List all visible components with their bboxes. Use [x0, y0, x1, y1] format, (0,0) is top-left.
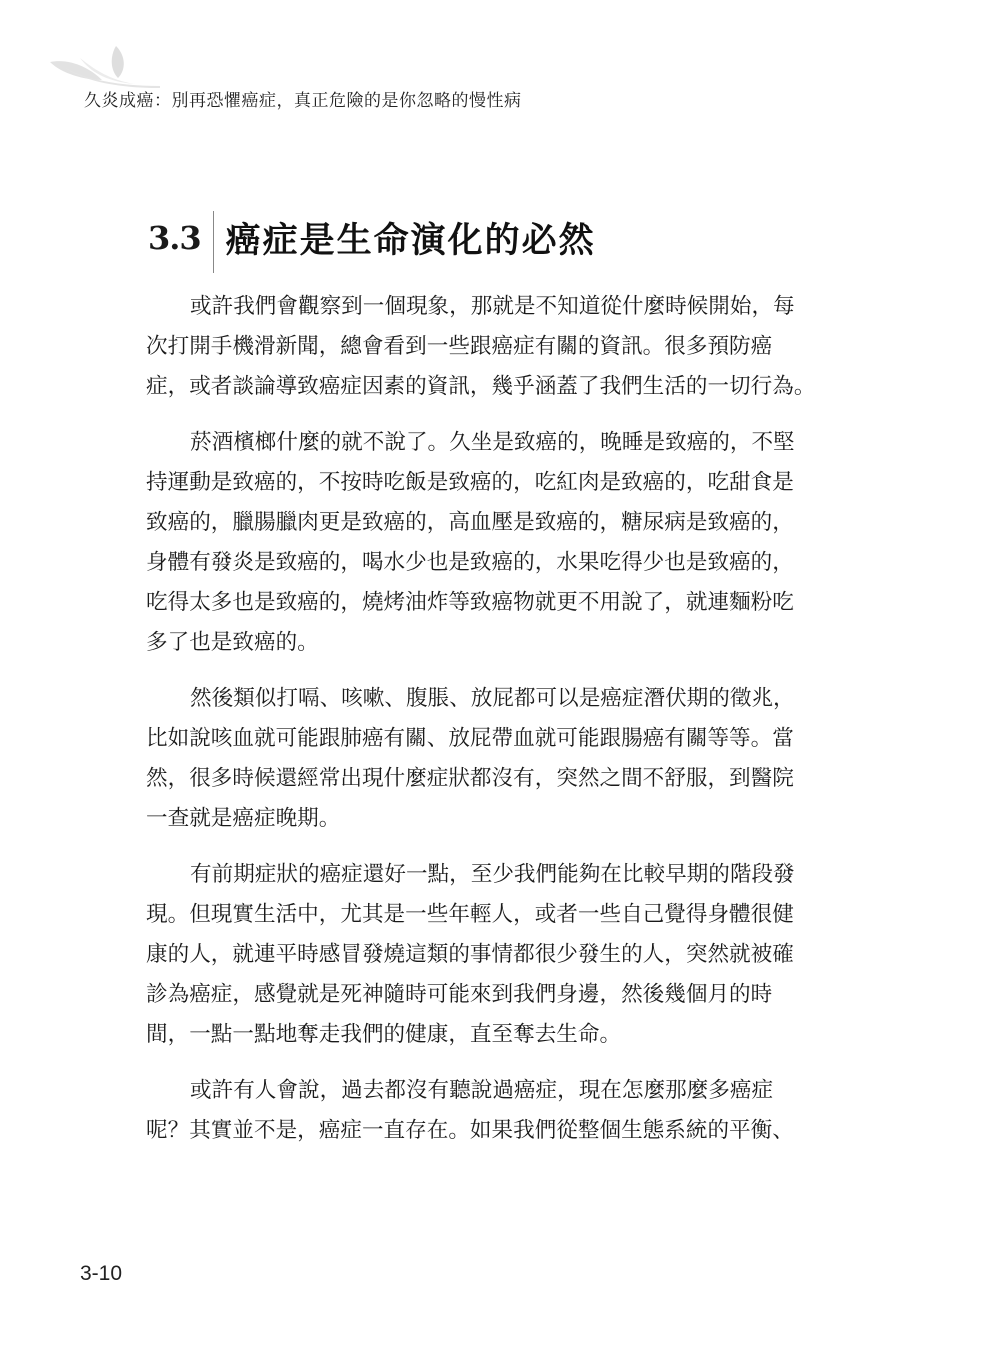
paragraph-4: 有前期症狀的癌症還好一點，至少我們能夠在比較早期的階段發 現。但現實生活中，尤其…: [146, 855, 846, 1055]
section-heading: 3.3 癌症是生命演化的必然: [148, 208, 596, 268]
text-line: 然後類似打嗝、咳嗽、腹脹、放屁都可以是癌症潛伏期的徵兆，: [146, 679, 846, 719]
text-line: 身體有發炎是致癌的，喝水少也是致癌的，水果吃得少也是致癌的，: [146, 543, 846, 583]
text-line: 或許有人會說，過去都沒有聽說過癌症，現在怎麼那麼多癌症: [146, 1071, 846, 1111]
paragraph-5: 或許有人會說，過去都沒有聽說過癌症，現在怎麼那麼多癌症 呢？其實並不是，癌症一直…: [146, 1071, 846, 1151]
text-line: 吃得太多也是致癌的，燒烤油炸等致癌物就更不用說了，就連麵粉吃: [146, 583, 846, 623]
running-header-book-title: 久炎成癌：別再恐懼癌症，真正危險的是你忽略的慢性病: [84, 86, 522, 111]
paragraph-1: 或許我們會觀察到一個現象，那就是不知道從什麼時候開始，每 次打開手機滑新聞，總會…: [146, 287, 846, 407]
paragraph-2: 菸酒檳榔什麼的就不說了。久坐是致癌的，晚睡是致癌的，不堅 持運動是致癌的，不按時…: [146, 423, 846, 663]
text-line: 康的人，就連平時感冒發燒這類的事情都很少發生的人，突然就被確: [146, 935, 846, 975]
text-line: 致癌的，臘腸臘肉更是致癌的，高血壓是致癌的，糖尿病是致癌的，: [146, 503, 846, 543]
text-line: 然，很多時候還經常出現什麼症狀都沒有，突然之間不舒服，到醫院: [146, 759, 846, 799]
text-line: 現。但現實生活中，尤其是一些年輕人，或者一些自己覺得身體很健: [146, 895, 846, 935]
text-line: 或許我們會觀察到一個現象，那就是不知道從什麼時候開始，每: [146, 287, 846, 327]
title-divider: [213, 211, 214, 273]
text-line: 呢？其實並不是，癌症一直存在。如果我們從整個生態系統的平衡、: [146, 1111, 846, 1151]
text-line: 次打開手機滑新聞，總會看到一些跟癌症有關的資訊。很多預防癌: [146, 327, 846, 367]
text-line: 間，一點一點地奪走我們的健康，直至奪去生命。: [146, 1015, 846, 1055]
page-number: 3-10: [80, 1262, 122, 1286]
text-line: 菸酒檳榔什麼的就不說了。久坐是致癌的，晚睡是致癌的，不堅: [146, 423, 846, 463]
section-number: 3.3: [148, 219, 201, 257]
paragraph-3: 然後類似打嗝、咳嗽、腹脹、放屁都可以是癌症潛伏期的徵兆， 比如說咳血就可能跟肺癌…: [146, 679, 846, 839]
text-line: 有前期症狀的癌症還好一點，至少我們能夠在比較早期的階段發: [146, 855, 846, 895]
text-line: 多了也是致癌的。: [146, 623, 846, 663]
text-line: 症，或者談論導致癌症因素的資訊，幾乎涵蓋了我們生活的一切行為。: [146, 367, 846, 407]
body-text: 或許我們會觀察到一個現象，那就是不知道從什麼時候開始，每 次打開手機滑新聞，總會…: [146, 287, 846, 1167]
text-line: 一查就是癌症晚期。: [146, 799, 846, 839]
text-line: 比如說咳血就可能跟肺癌有關、放屁帶血就可能跟腸癌有關等等。當: [146, 719, 846, 759]
text-line: 持運動是致癌的，不按時吃飯是致癌的，吃紅肉是致癌的，吃甜食是: [146, 463, 846, 503]
section-title: 癌症是生命演化的必然: [226, 213, 596, 263]
text-line: 診為癌症，感覺就是死神隨時可能來到我們身邊，然後幾個月的時: [146, 975, 846, 1015]
leaf-decoration-icon: [40, 40, 160, 90]
